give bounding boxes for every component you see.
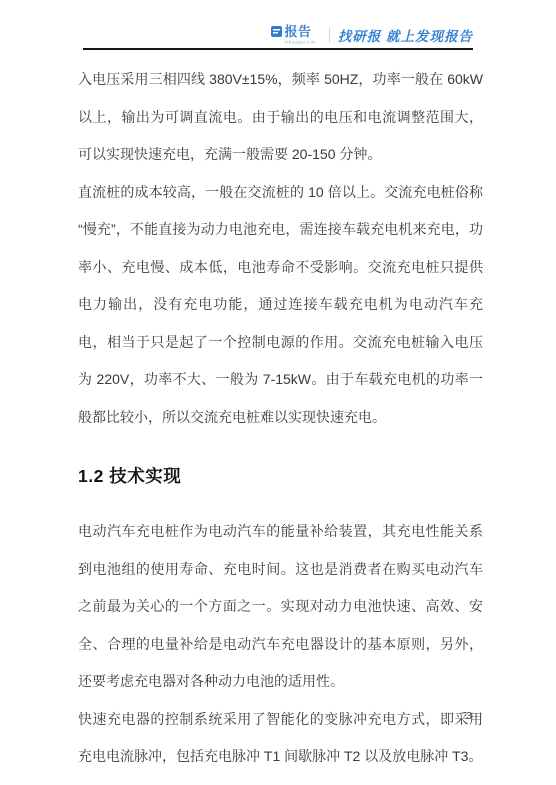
report-document-icon	[271, 26, 282, 37]
logo-text: 报告	[285, 25, 312, 38]
body-paragraph: 入电压采用三相四线 380V±15%，频率 50HZ，功率一般在 60kW 以上…	[78, 61, 483, 174]
header-divider	[329, 28, 330, 43]
logo-main: 报告	[271, 25, 312, 38]
fxbaogao-logo: 报告 fxbaogao.com	[271, 25, 321, 46]
logo-url-text: fxbaogao.com	[285, 40, 316, 45]
header-rule	[83, 48, 473, 50]
page-number: 3	[466, 710, 472, 722]
body-paragraph: 快速充电器的控制系统采用了智能化的变脉冲充电方式，即采用充电电流脉冲，包括充电脉…	[78, 701, 483, 776]
document-page: 报告 fxbaogao.com 找研报 就上发现报告 入电压采用三相四线 380…	[0, 0, 556, 785]
body-paragraph: 电动汽车充电桩作为电动汽车的能量补给装置，其充电性能关系到电池组的使用寿命、充电…	[78, 513, 483, 701]
section-heading: 1.2 技术实现	[78, 466, 483, 486]
brand-slogan: 找研报 就上发现报告	[338, 25, 473, 45]
site-watermark-header: 报告 fxbaogao.com 找研报 就上发现报告	[271, 25, 473, 46]
document-body: 入电压采用三相四线 380V±15%，频率 50HZ，功率一般在 60kW 以上…	[78, 61, 483, 776]
body-paragraph: 直流桩的成本较高，一般在交流桩的 10 倍以上。交流充电桩俗称“慢充”，不能直接…	[78, 174, 483, 437]
